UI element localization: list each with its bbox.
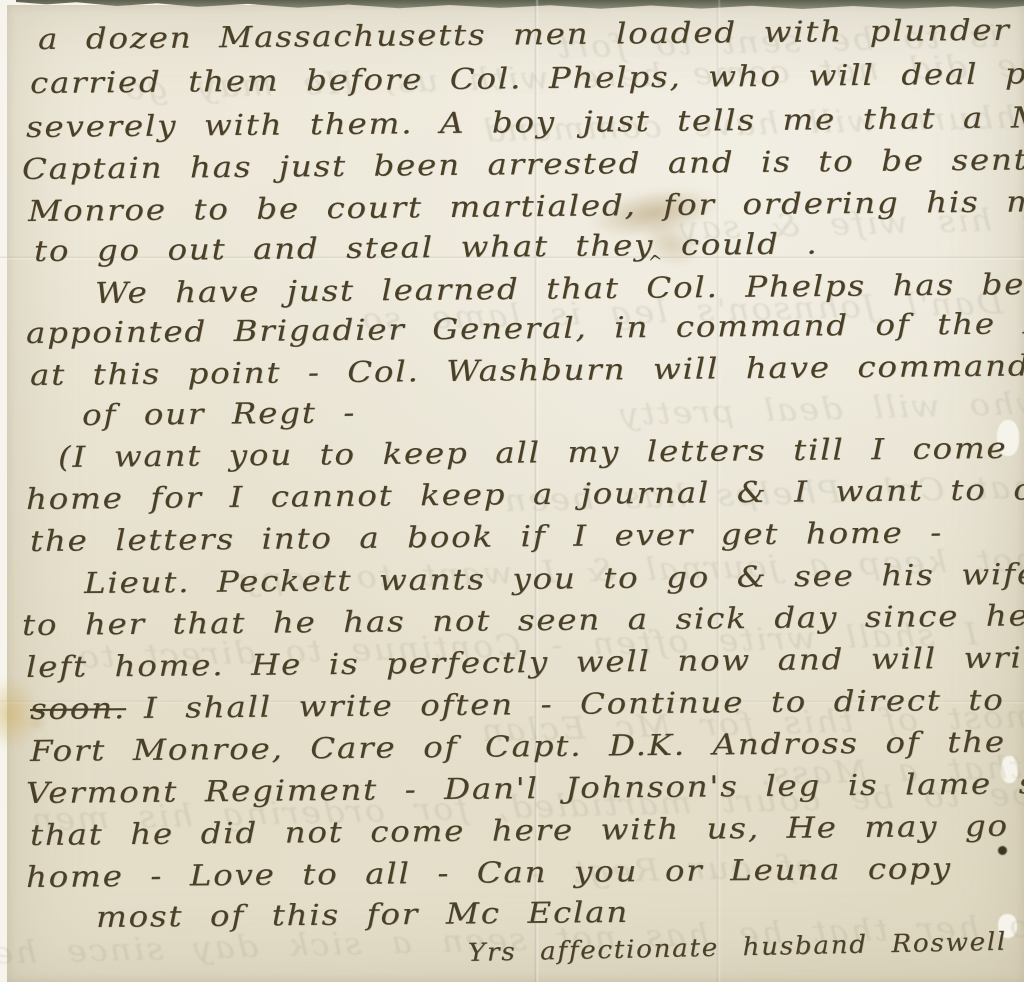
letter-line-4: Captain has just been arrested and is to…	[22, 141, 1024, 186]
struck-word: soon.	[30, 691, 126, 726]
signature-line: Yrs affectionate husband Roswell Farnham	[468, 923, 1024, 967]
scanned-letter-page: Captain has just been arrested and is to…	[0, 0, 1024, 982]
letter-line-21: home - Love to all - Can you or Leuna co…	[26, 851, 952, 894]
letter-line-10: of our Regt -	[82, 395, 356, 432]
letter-line-20: that he did not come here with us, He ma…	[30, 809, 1009, 852]
letter-line-15: to her that he has not seen a sick day s…	[22, 598, 1024, 642]
letter-text-layer: a dozen Massachusetts men loaded with pl…	[0, 0, 1024, 982]
letter-line-8: appointed Brigadier General, in command …	[26, 305, 1024, 350]
letter-line-14: Lieut. Peckett wants you to go & see his…	[84, 555, 1024, 600]
letter-line-5: Monroe to be court martialed, for orderi…	[28, 184, 1024, 228]
letter-line-12: home for I cannot keep a journal & I wan…	[26, 472, 1024, 516]
letter-line-13: the letters into a book if I ever get ho…	[30, 515, 943, 558]
letter-line-17-text: I shall write often - Continue to direct…	[144, 683, 1005, 725]
letter-line-3: severely with them. A boy just tells me …	[26, 100, 1024, 144]
letter-line-7: We have just learned that Col. Phelps ha…	[95, 267, 1024, 310]
letter-line-11: (I want you to keep all my letters till …	[58, 431, 1008, 474]
letter-line-6: to go out and steal what they could .	[34, 226, 819, 268]
letter-line-9: at this point - Col. Washburn will have …	[30, 348, 1024, 392]
letter-line-1: a dozen Massachusetts men loaded with pl…	[38, 12, 1024, 56]
letter-line-18: Fort Monroe, Care of Capt. D.K. Andross …	[30, 725, 1006, 768]
letter-line-19: Vermont Regiment - Dan'l Johnson's leg i…	[26, 766, 1024, 810]
letter-line-22: most of this for Mc Eclan	[96, 895, 629, 934]
letter-line-2: carried them before Col. Phelps, who wil…	[30, 56, 1024, 100]
letter-line-17: soon.I shall write often - Continue to d…	[30, 683, 1005, 726]
letter-line-16: left home. He is perfectly well now and …	[26, 640, 1024, 684]
